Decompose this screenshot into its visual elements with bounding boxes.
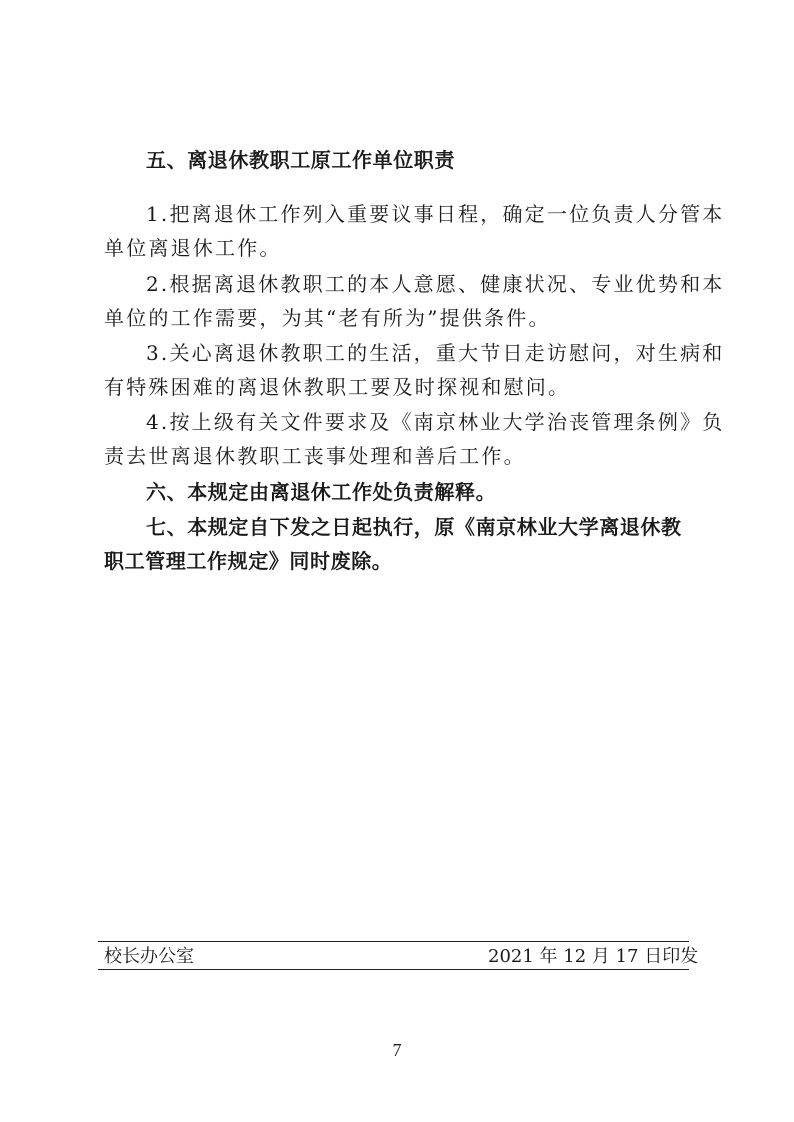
item-2-line-2: 单位的工作需要，为其“老有所为”提供条件。	[104, 306, 551, 330]
section-6: 六、本规定由离退休工作处负责解释。	[146, 480, 496, 504]
section-7-line-2: 职工管理工作规定》同时废除。	[104, 549, 392, 573]
section-7-line-1: 七、本规定自下发之日起执行，原《南京林业大学离退休教	[146, 515, 682, 539]
item-4-line-2: 责去世离退休教职工丧事处理和善后工作。	[104, 444, 526, 468]
item-1-line-2: 单位离退休工作。	[104, 236, 282, 260]
footer-issue-date: 2021 年 12 月 17 日印发	[488, 946, 698, 968]
item-1-line-1: 1.把离退休工作列入重要议事日程，确定一位负责人分管本	[146, 202, 724, 226]
item-3-line-2: 有特殊困难的离退休教职工要及时探视和慰问。	[104, 375, 570, 399]
page-number: 7	[0, 1040, 794, 1061]
footer-top-rule	[98, 941, 689, 942]
footer-issuer: 校长办公室	[104, 946, 194, 968]
item-2-line-1: 2.根据离退休教职工的本人意愿、健康状况、专业优势和本	[146, 272, 724, 296]
section-5-heading: 五、离退休教职工原工作单位职责	[146, 148, 455, 172]
document-page: 五、离退休教职工原工作单位职责 1.把离退休工作列入重要议事日程，确定一位负责人…	[0, 0, 794, 1122]
item-4-line-1: 4.按上级有关文件要求及《南京林业大学治丧管理条例》负	[146, 410, 724, 434]
item-3-line-1: 3.关心离退休教职工的生活，重大节日走访慰问，对生病和	[146, 341, 724, 365]
footer-bottom-rule	[98, 969, 689, 970]
